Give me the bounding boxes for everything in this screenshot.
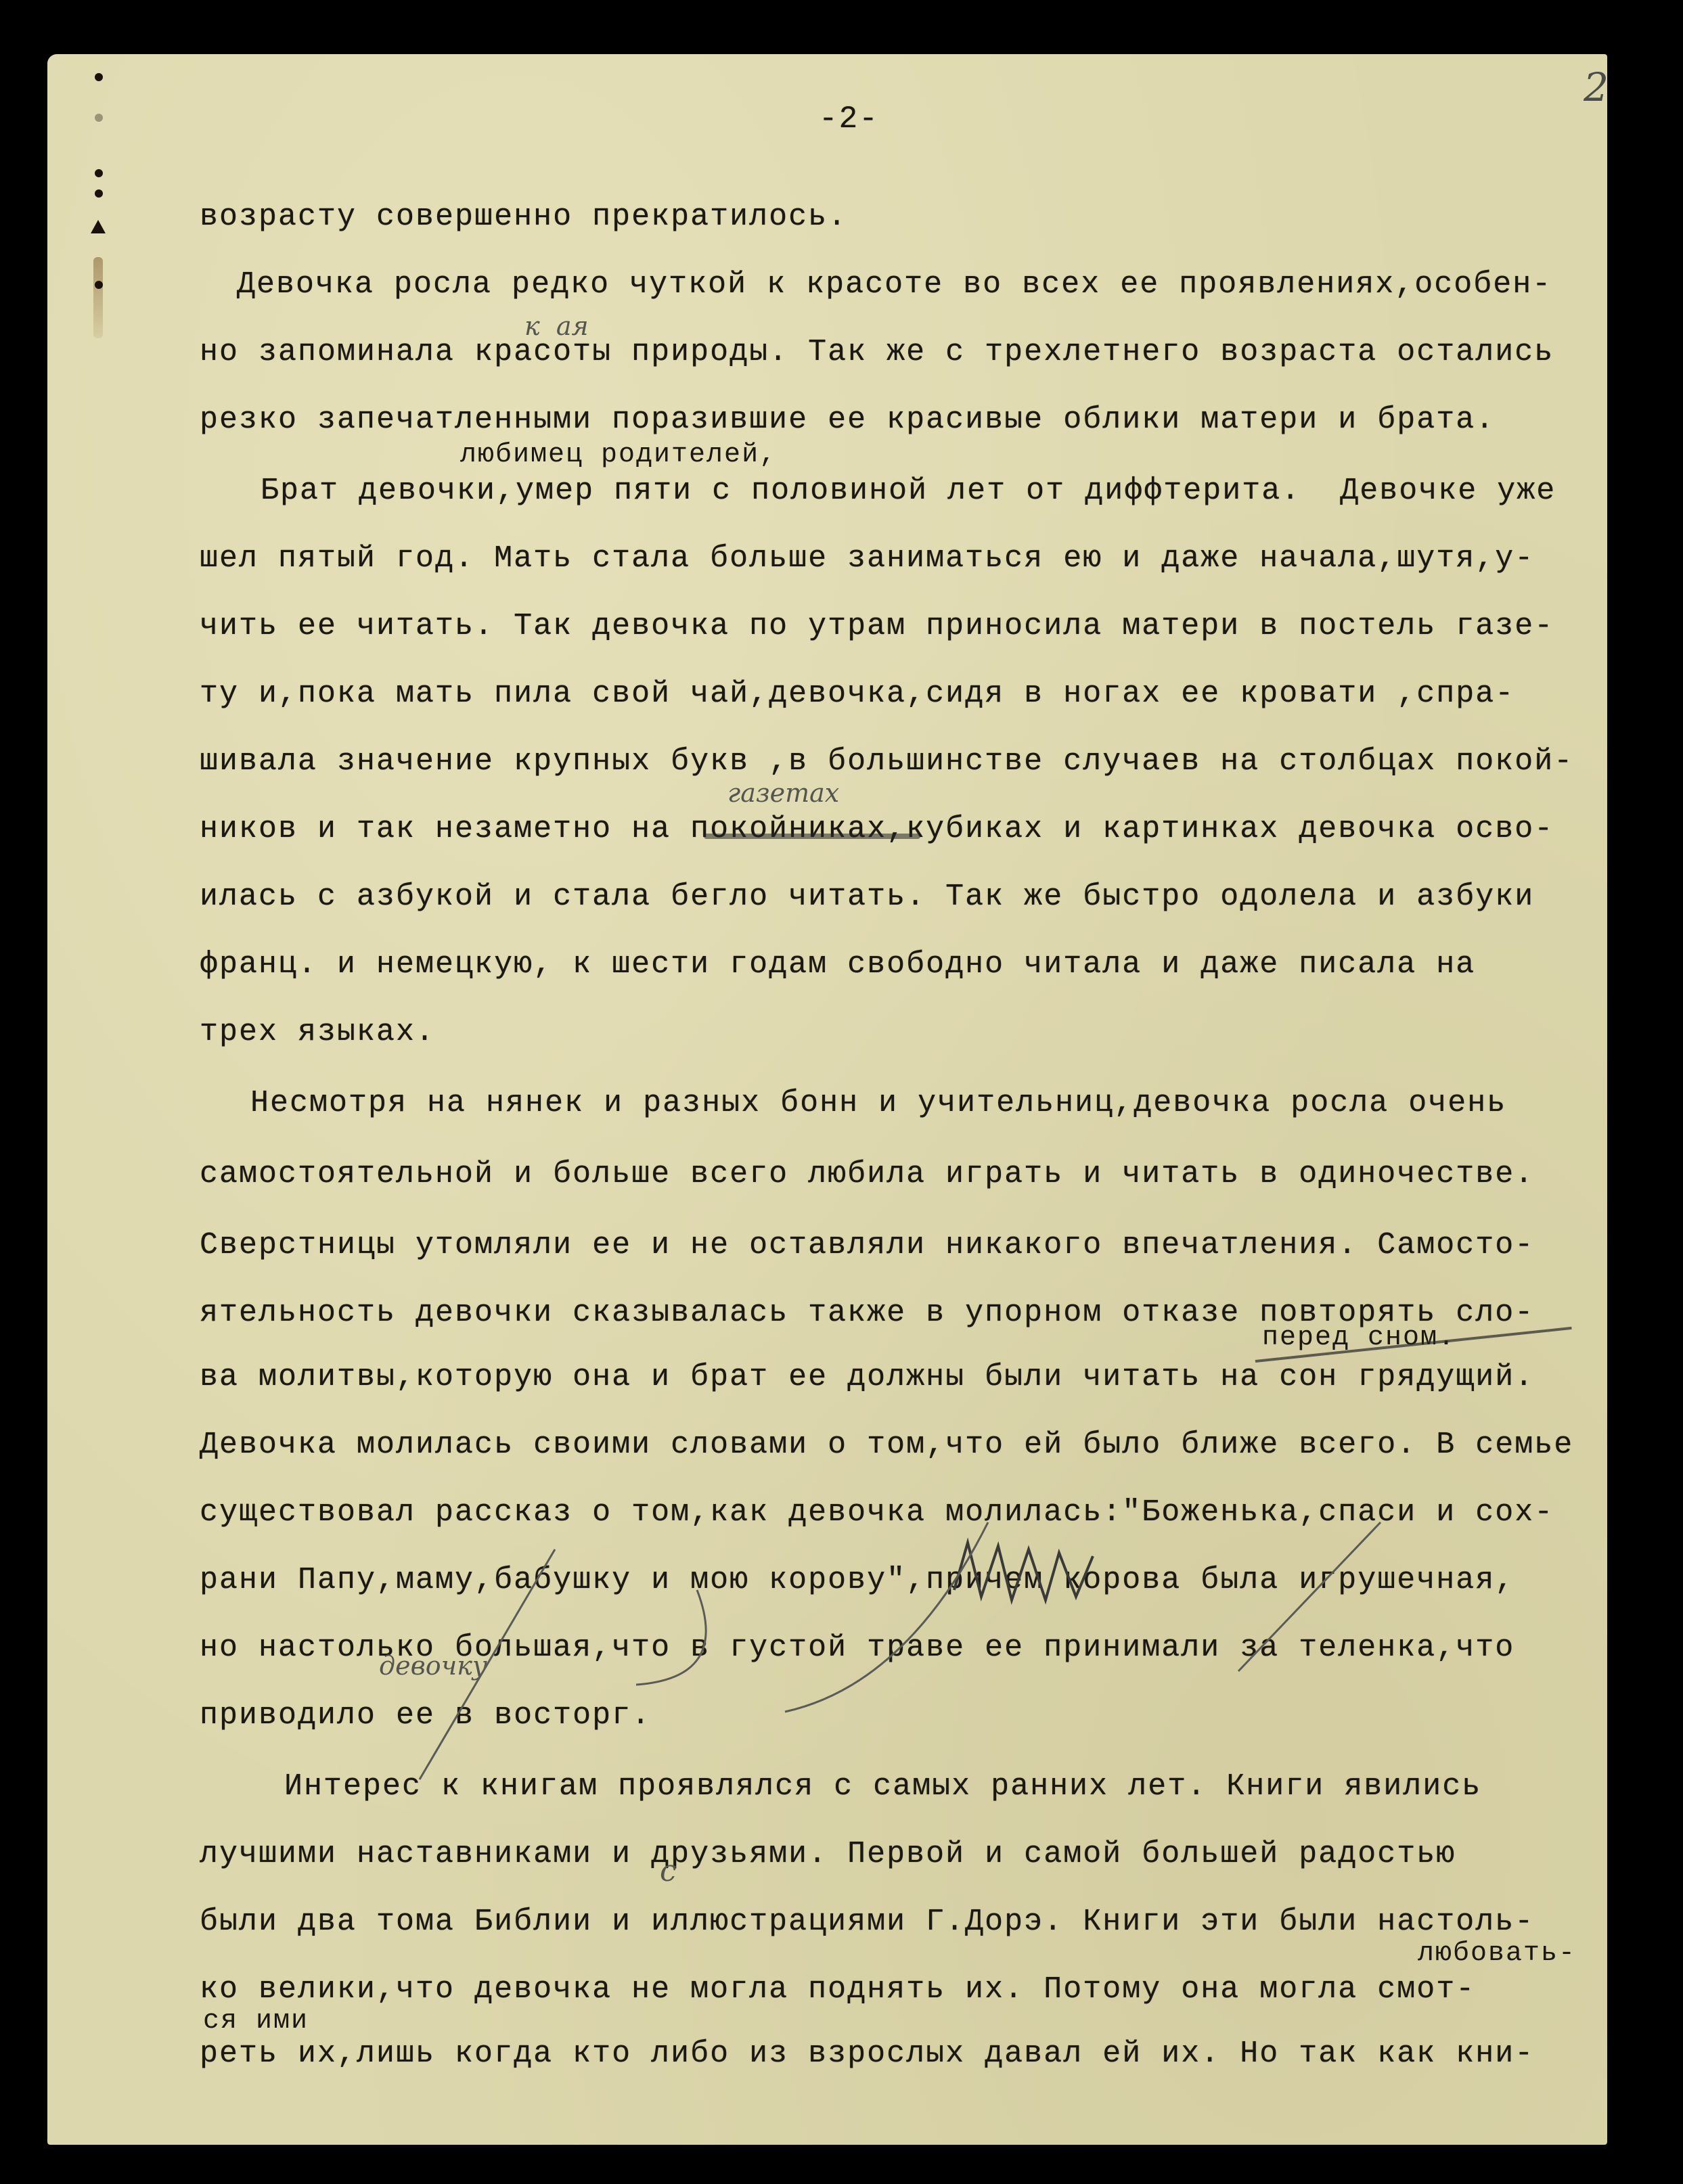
text-line: трех языках. [200,1015,435,1049]
punch-hole [95,169,103,177]
punch-hole [95,281,103,289]
text-line: Девочка росла редко чуткой к красоте во … [237,267,1552,302]
text-line: реть их,лишь когда кто либо из взрослых … [200,2037,1534,2071]
text-line: самостоятельной и больше всего любила иг… [200,1157,1534,1191]
text-line: Сверстницы утомляли ее и не оставляли ни… [200,1228,1534,1262]
text-line: ту и,пока мать пила свой чай,девочка,сид… [200,677,1514,711]
punch-hole [95,114,103,122]
typed-insertion: любимец родителей, [460,440,777,470]
text-line: возрасту совершенно прекратилось. [200,200,847,234]
text-line: Интерес к книгам проявлялся с самых ранн… [284,1769,1481,1804]
text-line: шивала значение крупных букв ,в большинс… [200,744,1573,779]
typed-insertion: ся ими [203,2006,309,2037]
text-line: ников и так незаметно на покойниках,куби… [200,812,1554,846]
text-line: шел пятый год. Мать стала больше занимат… [200,541,1534,576]
handwritten-correction: газетах [727,778,839,808]
pencil-lines [379,1509,1394,1793]
typed-insertion: любовать- [1418,1938,1576,1969]
strikethrough-mark [704,834,920,839]
text-line: илась с азбукой и стала бегло читать. Та… [200,880,1534,914]
typed-page-number: -2- [819,101,879,137]
text-line: ко велики,что девочка не могла поднять и… [200,1972,1475,2007]
handwritten-page-number: 2 [1584,64,1609,110]
punch-hole [91,220,106,233]
text-line: лучшими наставниками и друзьями. Первой … [200,1837,1456,1871]
ink-stain [93,257,103,338]
text-line: чить ее читать. Так девочка по утрам при… [200,609,1554,643]
punch-hole [95,189,103,198]
handwritten-correction: с [660,1854,677,1888]
text-line: ва молитвы,которую она и брат ее должны … [200,1360,1534,1394]
text-line: франц. и немецкую, к шести годам свободн… [200,947,1475,982]
text-line: Брат девочки,умер пяти с половиной лет о… [261,474,1556,508]
text-line: но запоминала красоты природы. Так же с … [200,335,1554,369]
punch-hole [95,73,103,81]
text-line: Несмотря на нянек и разных бонн и учител… [250,1086,1506,1120]
text-line: резко запечатленными поразившие ее краси… [200,403,1495,437]
text-line: Девочка молилась своими словами о том,чт… [200,1428,1573,1462]
text-line: были два тома Библии и иллюстрациями Г.Д… [200,1905,1534,1939]
